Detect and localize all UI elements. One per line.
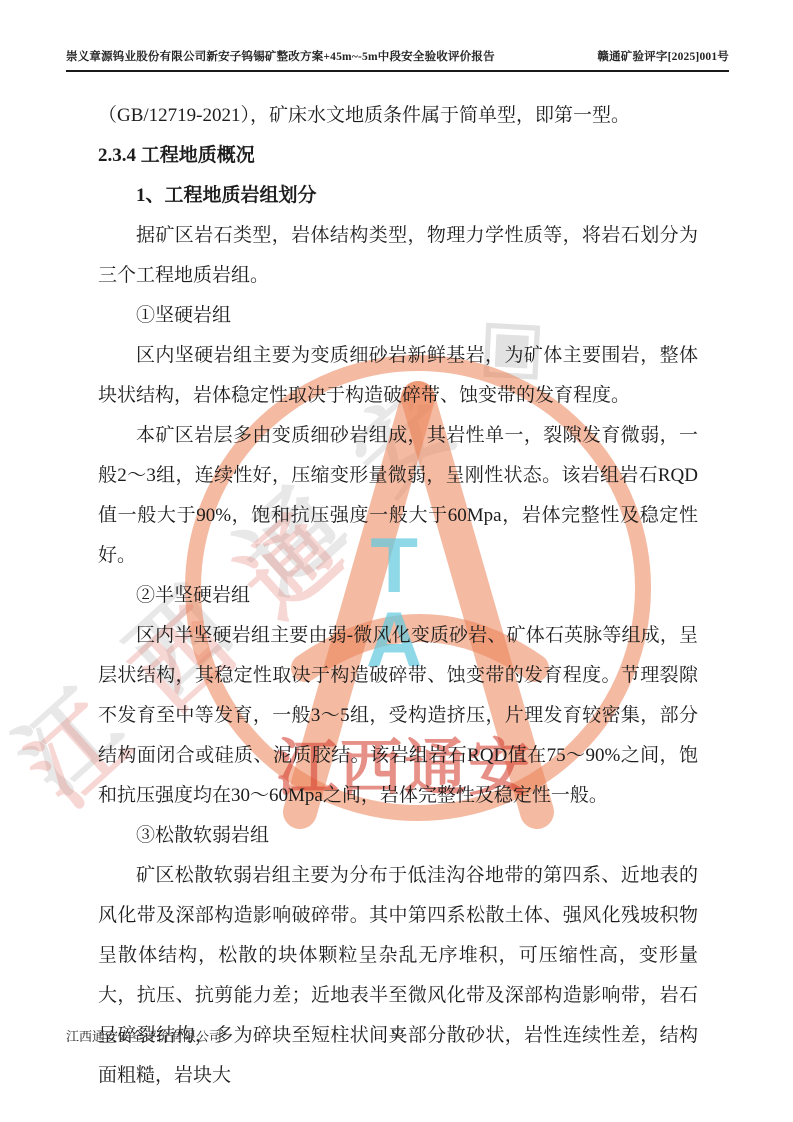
paragraph: 矿区松散软弱岩组主要为分布于低洼沟谷地带的第四系、近地表的风化带及深部构造影响破… [98, 856, 698, 1096]
paragraph: （GB/12719-2021），矿床水文地质条件属于简单型，即第一型。 [98, 96, 698, 136]
paragraph: 据矿区岩石类型，岩体结构类型，物理力学性质等，将岩石划分为三个工程地质岩组。 [98, 216, 698, 296]
subsection-heading: 1、工程地质岩组划分 [98, 176, 698, 216]
paragraph: ③松散软弱岩组 [98, 816, 698, 856]
paragraph: 本矿区岩层多由变质细砂岩组成，其岩性单一，裂隙发育微弱，一般2～3组，连续性好，… [98, 416, 698, 576]
paragraph: 区内半坚硬岩组主要由弱-微风化变质砂岩、矿体石英脉等组成，呈层状结构，其稳定性取… [98, 616, 698, 816]
page-footer: 江西通安安全评价有限公司 53 [66, 1026, 729, 1048]
header-doc-number: 赣通矿验评字[2025]001号 [597, 48, 729, 64]
document-page: 江西通安◈ 江西通 T A 江西通安 崇义章源钨业股份有限公司新安子钨锡矿整改方… [0, 0, 793, 1122]
page-header: 崇义章源钨业股份有限公司新安子钨锡矿整改方案+45m~-5m中段安全验收评价报告… [66, 48, 729, 64]
header-report-title: 崇义章源钨业股份有限公司新安子钨锡矿整改方案+45m~-5m中段安全验收评价报告 [66, 48, 495, 64]
section-heading: 2.3.4 工程地质概况 [98, 136, 698, 176]
paragraph: ②半坚硬岩组 [98, 576, 698, 616]
header-rule [66, 70, 729, 72]
document-body: （GB/12719-2021），矿床水文地质条件属于简单型，即第一型。 2.3.… [98, 96, 698, 1096]
paragraph: 区内坚硬岩组主要为变质细砂岩新鲜基岩，为矿体主要围岩，整体块状结构，岩体稳定性取… [98, 336, 698, 416]
paragraph: ①坚硬岩组 [98, 296, 698, 336]
page-number: 53 [66, 1026, 729, 1042]
